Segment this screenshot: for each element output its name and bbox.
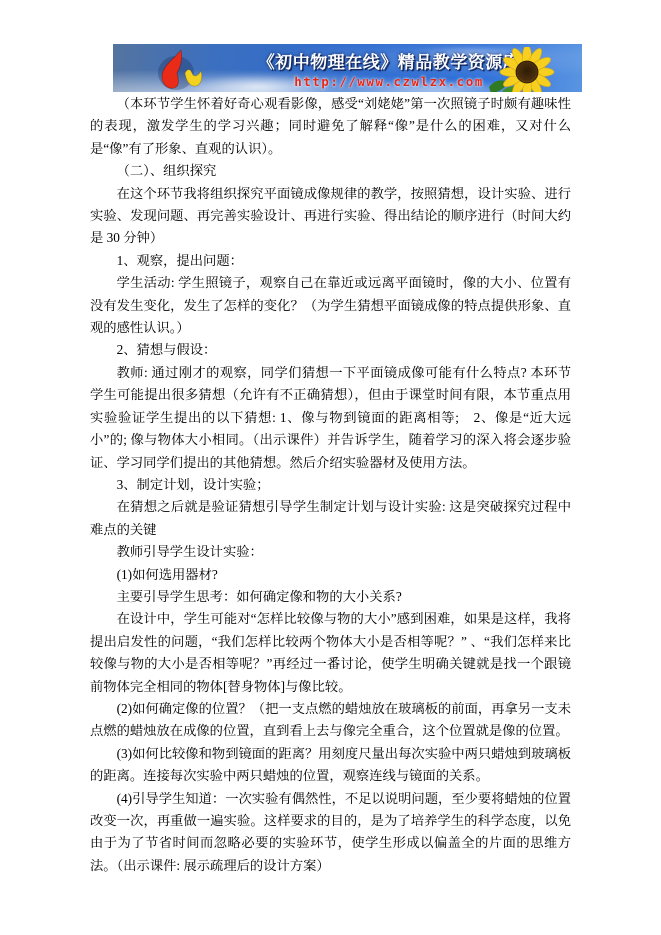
paragraph: 在设计中，学生可能对“怎样比较像与物的大小”感到困难，如果是这样，我将提出启发性… [90,608,571,698]
document-body: （本环节学生怀着好奇心观看影像，感受“刘姥姥”第一次照镜子时颇有趣味性的表现，激… [90,93,571,877]
paragraph: （二）、组织探究 [90,160,571,182]
paragraph: 3、制定计划，设计实验； [90,474,571,496]
banner-url: http://www.czwlzx.com [294,74,484,89]
paragraph: 在猜想之后就是验证猜想引导学生制定计划与设计实验: 这是突破探究过程中难点的关键 [90,496,571,541]
sunflower-icon [483,47,561,92]
paragraph: (1)如何选用器材? [90,564,571,586]
paragraph: 在这个环节我将组织探究平面镜成像规律的教学，按照猜想，设计实验、进行实验、发现问… [90,183,571,250]
banner-text-block: 《初中物理在线》精品教学资源库 http://www.czwlzx.com [271,48,507,89]
paragraph: （本环节学生怀着好奇心观看影像，感受“刘姥姥”第一次照镜子时颇有趣味性的表现，激… [90,93,571,160]
paragraph: 1、观察，提出问题： [90,250,571,272]
paragraph: (2)如何确定像的位置？（把一支点燃的蜡烛放在玻璃板的前面，再拿另一支未点燃的蜡… [90,698,571,743]
paragraph: (3)如何比较像和物到镜面的距离？用刻度尺量出每次实验中两只蜡烛到玻璃板的距离。… [90,743,571,788]
paragraph: 教师: 通过刚才的观察，同学们猜想一下平面镜成像可能有什么特点? 本环节学生可能… [90,362,571,474]
paragraph: (4)引导学生知道：一次实验有偶然性，不足以说明问题，至少要将蜡烛的位置改变一次… [90,788,571,878]
banner-title: 《初中物理在线》精品教学资源库 [258,48,521,73]
paragraph: 学生活动: 学生照镜子，观察自己在靠近或远离平面镜时，像的大小、位置有没有发生变… [90,272,571,339]
paragraph: 教师引导学生设计实验： [90,541,571,563]
paragraph: 主要引导学生思考：如何确定像和物的大小关系? [90,586,571,608]
flame-logo-icon [149,49,209,92]
site-banner: 《初中物理在线》精品教学资源库 http://www.czwlzx.com [113,44,582,92]
document-page: 《初中物理在线》精品教学资源库 http://www.czwlzx.com [0,0,661,935]
paragraph: 2、猜想与假设： [90,339,571,361]
